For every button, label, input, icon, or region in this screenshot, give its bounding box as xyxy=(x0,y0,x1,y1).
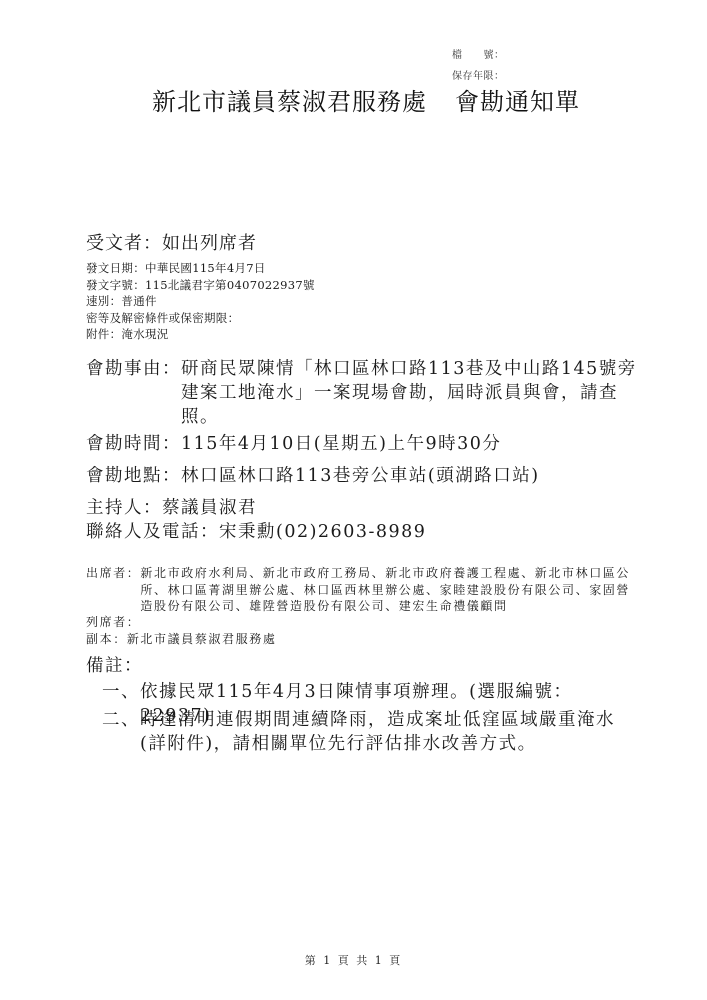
note-item-2: 二、 時逢清明連假期間連續降雨，造成案址低窪區域嚴重淹水(詳附件)，請相關單位先… xyxy=(102,708,642,756)
host-label: 主持人： xyxy=(86,498,162,518)
attachment-label: 附件： xyxy=(86,327,121,341)
document-number: 發文字號：115北議君字第0407022937號 xyxy=(86,277,315,294)
contact-label: 聯絡人及電話： xyxy=(86,522,219,542)
file-number-label: 檔 號： xyxy=(452,46,505,61)
attendees-label: 出席者： xyxy=(86,565,140,615)
host: 主持人：蔡議員淑君 xyxy=(86,494,257,519)
document-number-value: 115北議君字第0407022937號 xyxy=(145,278,315,292)
recipient-value: 如出列席者 xyxy=(162,233,257,254)
inspection-time: 會勘時間：115年4月10日(星期五)上午9時30分 xyxy=(86,430,501,455)
document-number-label: 發文字號： xyxy=(86,278,145,292)
subject-label: 會勘事由： xyxy=(86,357,181,429)
cc-label: 副本： xyxy=(86,632,127,646)
cc-value: 新北市議員蔡淑君服務處 xyxy=(127,632,277,646)
contact: 聯絡人及電話：宋秉勳(02)2603-8989 xyxy=(86,518,426,543)
issue-date-label: 發文日期： xyxy=(86,261,145,275)
attachment: 附件：淹水現況 xyxy=(86,326,315,343)
note-text: 時逢清明連假期間連續降雨，造成案址低窪區域嚴重淹水(詳附件)，請相關單位先行評估… xyxy=(140,708,642,756)
recipient-label: 受文者： xyxy=(86,233,162,254)
attendees: 出席者： 新北市政府水利局、新北市政府工務局、新北市政府養護工程處、新北市林口區… xyxy=(86,565,641,615)
classification-label: 密等及解密條件或保密期限： xyxy=(86,311,239,325)
urgency: 速別：普通件 xyxy=(86,293,315,310)
copy-to: 副本：新北市議員蔡淑君服務處 xyxy=(86,631,276,648)
office-name: 新北市議員蔡淑君服務處 xyxy=(152,88,427,116)
inspection-location: 會勘地點：林口區林口路113巷旁公車站(頭湖路口站) xyxy=(86,462,540,487)
time-label: 會勘時間： xyxy=(86,434,181,454)
time-value: 115年4月10日(星期五)上午9時30分 xyxy=(181,434,501,454)
observers: 列席者： xyxy=(86,614,140,631)
attachment-value: 淹水現況 xyxy=(121,327,168,341)
classification: 密等及解密條件或保密期限： xyxy=(86,310,315,327)
subject: 會勘事由： 研商民眾陳情「林口區林口路113巷及中山路145號旁建案工地淹水」一… xyxy=(86,357,646,429)
urgency-value: 普通件 xyxy=(121,294,156,308)
host-value: 蔡議員淑君 xyxy=(162,498,257,518)
subject-value: 研商民眾陳情「林口區林口路113巷及中山路145號旁建案工地淹水」一案現場會勘，… xyxy=(181,357,646,429)
page-number: 第 1 頁 共 1 頁 xyxy=(0,952,707,968)
notes-label: 備註： xyxy=(86,652,143,677)
attendees-value: 新北市政府水利局、新北市政府工務局、新北市政府養護工程處、新北市林口區公所、林口… xyxy=(140,565,641,615)
document-type: 會勘通知單 xyxy=(455,88,580,116)
observers-label: 列席者： xyxy=(86,615,140,629)
note-number: 二、 xyxy=(102,708,140,756)
document-title: 新北市議員蔡淑君服務處會勘通知單 xyxy=(152,82,580,117)
recipient-line: 受文者：如出列席者 xyxy=(86,229,257,255)
meta-block: 發文日期：中華民國115年4月7日 發文字號：115北議君字第040702293… xyxy=(86,260,315,343)
issue-date: 發文日期：中華民國115年4月7日 xyxy=(86,260,315,277)
contact-value: 宋秉勳(02)2603-8989 xyxy=(219,522,426,542)
issue-date-value: 中華民國115年4月7日 xyxy=(145,261,266,275)
retention-period-label: 保存年限： xyxy=(452,67,505,82)
location-label: 會勘地點： xyxy=(86,466,181,486)
location-value: 林口區林口路113巷旁公車站(頭湖路口站) xyxy=(181,466,540,486)
urgency-label: 速別： xyxy=(86,294,121,308)
